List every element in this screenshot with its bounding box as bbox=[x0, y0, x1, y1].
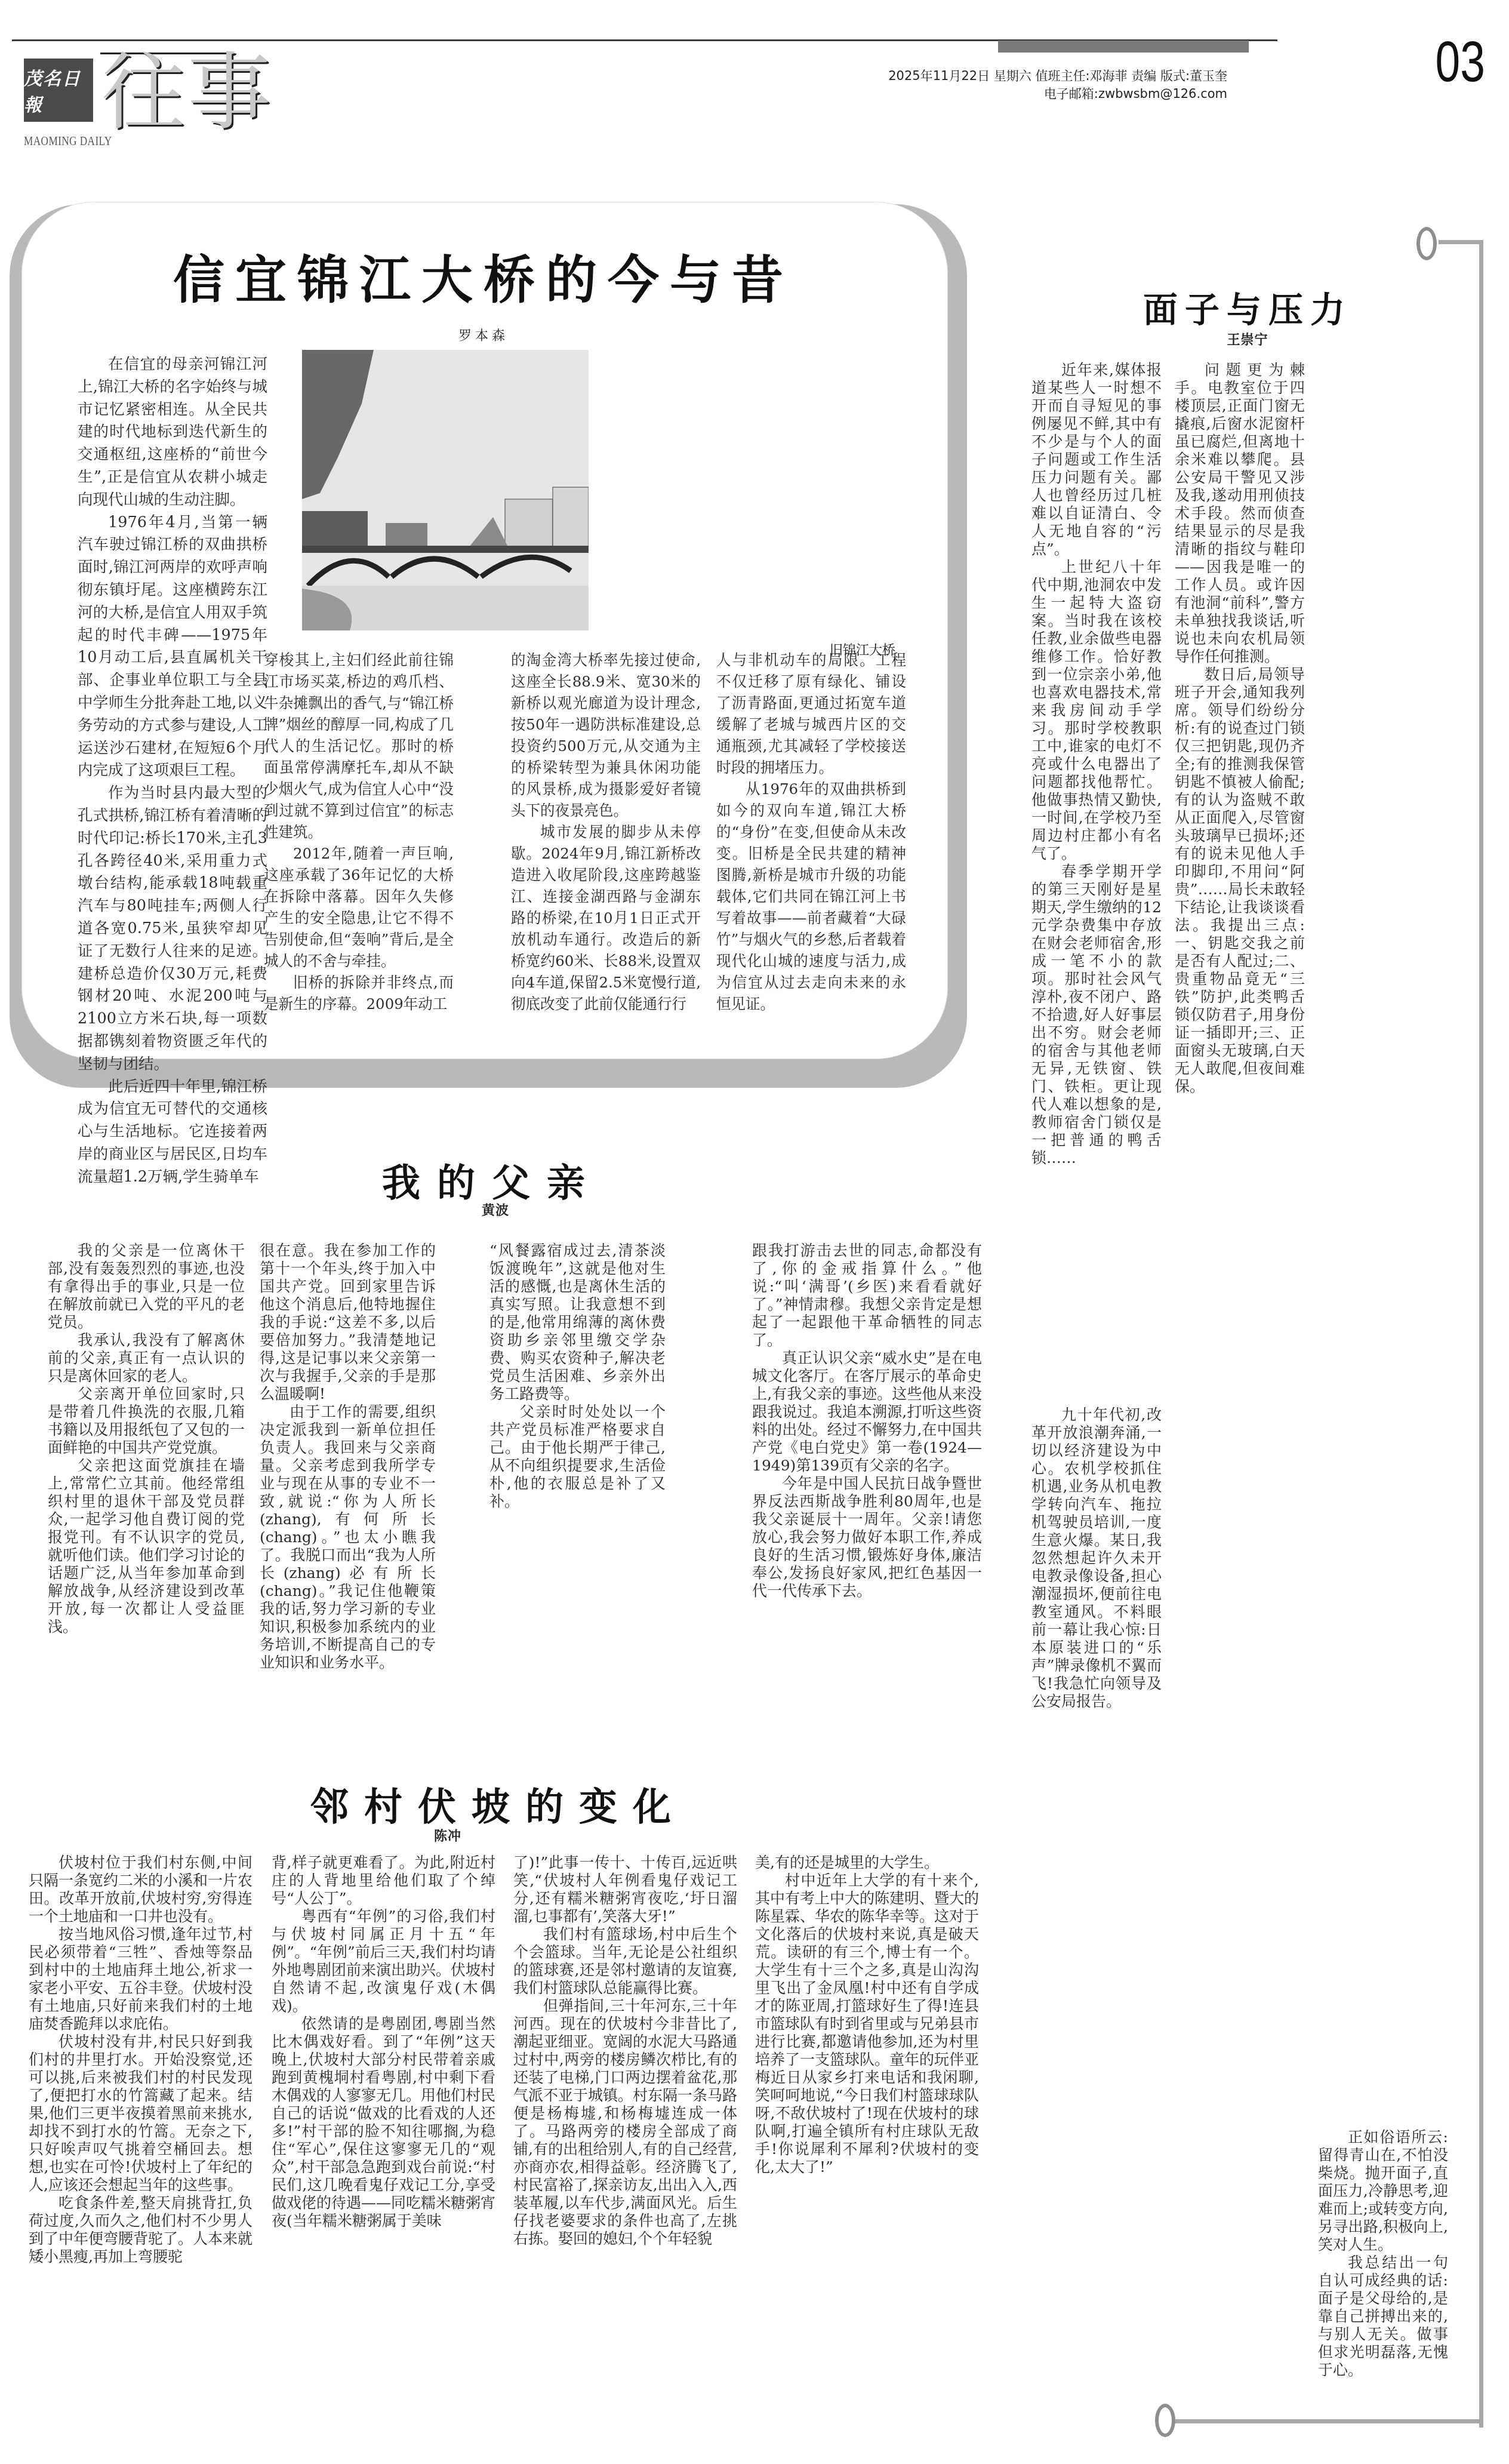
father-article-author: 黄波 bbox=[466, 1200, 525, 1219]
father-article-headline: 我的父亲 bbox=[382, 1152, 602, 1207]
father-column-4: 跟我打游击去世的同志,命都没有了,你的金戒指算什么。”他说:“叫‘满哥’(乡医)… bbox=[752, 1242, 982, 1600]
paragraph: 跟我打游击去世的同志,命都没有了,你的金戒指算什么。”他说:“叫‘满哥’(乡医)… bbox=[752, 1242, 982, 1349]
paragraph: 在信宜的母亲河锦江河上,锦江大桥的名字始终与城市记忆紧密相连。从全民共建的时代地… bbox=[78, 353, 267, 512]
paragraph: 今年是中国人民抗日战争暨世界反法西斯战争胜利80周年,也是我父亲诞辰十一周年。父… bbox=[752, 1475, 982, 1600]
paragraph: 1976年4月,当第一辆汽车驶过锦江桥的双曲拱桥面时,锦江河两岸的欢呼声响彻东镇… bbox=[78, 512, 267, 783]
right-article-author: 王崇宁 bbox=[1063, 330, 1433, 348]
right-frame-bottom-line bbox=[1175, 2419, 1483, 2423]
paragraph: 真正认识父亲“威水史”是在电城文化客厅。在客厅展示的革命史上,有我父亲的事迹。这… bbox=[752, 1349, 982, 1475]
paragraph: 背,样子就更难看了。为此,附近村庄的人背地里给他们取了个绰号“人公丁”。 bbox=[272, 1854, 495, 1908]
paragraph: 依然请的是粤剧团,粤剧当然比木偶戏好看。到了“年例”这天晚上,伏坡村大部分村民带… bbox=[272, 2015, 495, 2230]
paragraph: 旧桥的拆除并非终点,而是新生的序幕。2009年动工 bbox=[264, 972, 454, 1015]
paragraph: 正如俗语所云:留得青山在,不怕没柴烧。抛开面子,直面压力,冷静思考,迎难而上;或… bbox=[1318, 2128, 1448, 2254]
paragraph: 作为当时县内最大型的孔式拱桥,锦江桥有着清晰的时代印记:桥长170米,主孔3孔各… bbox=[78, 782, 267, 1075]
paragraph: 2012年,随着一声巨响,这座承载了36年记忆的大桥在拆除中落幕。因年久失修产生… bbox=[264, 843, 454, 972]
logo-text: 茂名日報 bbox=[24, 64, 93, 116]
paragraph: 美,有的还是城里的大学生。 bbox=[755, 1854, 979, 1872]
logo-english: MAOMING DAILY bbox=[24, 134, 112, 149]
section-title: 往事 bbox=[101, 51, 273, 135]
paragraph: 伏坡村没有井,村民只好到我们村的井里打水。开始没察觉,还可以挑,后来被我们村的村… bbox=[29, 2033, 252, 2194]
editor-email: 电子邮箱:zwbwsbm@126.com bbox=[888, 85, 1227, 103]
feature-column-3: 的淘金湾大桥率先接过使命,这座全长88.9米、宽30米的新桥以观光廊道为设计理念… bbox=[511, 650, 701, 1015]
newspaper-logo: 茂名日報 bbox=[24, 59, 93, 122]
paragraph: 春季学期开学的第三天刚好是星期天,学生缴纳的12元学杂费集中存放在财会老师宿舍,… bbox=[1031, 863, 1162, 1167]
father-column-2: 很在意。我在参加工作的第十一个年头,终于加入中国共产党。回到家里告诉他这个消息后… bbox=[260, 1242, 436, 1672]
paragraph: 上世纪八十年代中期,池洞农中发生一起特大盗窃案。当时我在该校任教,业余做些电器维… bbox=[1031, 558, 1162, 863]
feature-column-2: 穿梭其上,主妇们经此前往锦江市场买菜,桥边的鸡爪档、牛杂摊飘出的香气,与“锦江桥… bbox=[264, 650, 454, 1015]
paragraph: 了)!”此事一传十、十传百,远近哄笑,“伏坡村人年例看鬼仔戏记工分,还有糯米糖粥… bbox=[513, 1854, 737, 1925]
paragraph: 吃食条件差,整天肩挑背扛,负荷过度,久而久之,他们村不少男人到了中年便弯腰背驼了… bbox=[29, 2194, 252, 2266]
village-article-headline: 邻村伏坡的变化 bbox=[310, 1776, 686, 1831]
paragraph: 我们村有篮球场,村中后生个个会篮球。当年,无论是公社组织的篮球赛,还是邻村邀请的… bbox=[513, 1925, 737, 1997]
paragraph: 数日后,局领导班子开会,通知我列席。领导们纷纷分析:有的说查过门锁仅三把钥匙,现… bbox=[1175, 666, 1305, 1096]
paragraph: 按当地风俗习惯,逢年过节,村民必须带着“三牲”、香烛等祭品到村中的土地庙拜土地公… bbox=[29, 1925, 252, 2033]
right-frame-top-line bbox=[1439, 240, 1483, 244]
paragraph: 粤西有“年例”的习俗,我们村与伏坡村同属正月十五“年例”。“年例”前后三天,我们… bbox=[272, 1908, 495, 2015]
paragraph: 从1976年的双曲拱桥到如今的双向车道,锦江大桥的“身份”在变,但使命从未改变。… bbox=[716, 779, 906, 1015]
old-bridge-photo bbox=[302, 350, 589, 630]
paragraph: 穿梭其上,主妇们经此前往锦江市场买菜,桥边的鸡爪档、牛杂摊飘出的香气,与“锦江桥… bbox=[264, 650, 454, 843]
feature-column-4: 人与非机动车的局限。工程不仅迁移了原有绿化、铺设了沥青路面,更通过拓宽车道缓解了… bbox=[716, 650, 906, 1015]
village-column-3: 了)!”此事一传十、十传百,远近哄笑,“伏坡村人年例看鬼仔戏记工分,还有糯米糖粥… bbox=[513, 1854, 737, 2248]
paragraph: 我承认,我没有了解离休前的父亲,真正有一点认识的只是离休回家的老人。 bbox=[48, 1331, 245, 1385]
paragraph: 村中近年上大学的有十来个,其中有考上中大的陈建明、暨大的陈星霖、华农的陈华幸等。… bbox=[755, 1872, 979, 2176]
paragraph: 父亲离开单位回家时,只是带着几件换洗的衣服,几箱书籍以及用报纸包了又包的一面鲜艳… bbox=[48, 1385, 245, 1457]
paragraph: 此后近四十年里,锦江桥成为信宜无可替代的交通核心与生活地标。它连接着两岸的商业区… bbox=[78, 1076, 267, 1189]
paragraph: 伏坡村位于我们村东侧,中间只隔一条宽约二米的小溪和一片农田。改革开放前,伏坡村穷… bbox=[29, 1854, 252, 1925]
village-column-1: 伏坡村位于我们村东侧,中间只隔一条宽约二米的小溪和一片农田。改革开放前,伏坡村穷… bbox=[29, 1854, 252, 2266]
feature-author: 罗本森 bbox=[36, 325, 931, 344]
paragraph: 由于工作的需要,组织决定派我到一新单位担任负责人。我回来与父亲商量。父亲考虑到我… bbox=[260, 1403, 436, 1672]
ring-ornament-top bbox=[1416, 227, 1437, 260]
paragraph: “风餐露宿成过去,清茶淡饭渡晚年”,这就是他对生活的感慨,也是离休生活的真实写照… bbox=[489, 1242, 666, 1403]
village-column-4: 美,有的还是城里的大学生。 村中近年上大学的有十来个,其中有考上中大的陈建明、暨… bbox=[755, 1854, 979, 2176]
paragraph: 父亲把这面党旗挂在墙上,常常伫立其前。他经常组织村里的退休干部及党员群众,一起学… bbox=[48, 1457, 245, 1636]
feature-column-1: 在信宜的母亲河锦江河上,锦江大桥的名字始终与城市记忆紧密相连。从全民共建的时代地… bbox=[78, 353, 267, 1188]
paragraph: 城市发展的脚步从未停歇。2024年9月,锦江新桥改造进入收尾阶段,这座跨越鉴江、… bbox=[511, 822, 701, 1015]
paragraph: 我的父亲是一位离休干部,没有轰轰烈烈的事迹,也没有拿得出手的事业,只是一位在解放… bbox=[48, 1242, 245, 1331]
father-column-3: “风餐露宿成过去,清茶淡饭渡晚年”,这就是他对生活的感慨,也是离休生活的真实写照… bbox=[489, 1242, 666, 1511]
right-article-headline: 面子与压力 bbox=[1063, 282, 1433, 332]
paragraph: 我总结出一句自认可成经典的话:面子是父母给的,是靠自己拼搏出来的,与别人无关。做… bbox=[1318, 2254, 1448, 2379]
village-article-author: 陈冲 bbox=[418, 1826, 478, 1844]
right-frame-line bbox=[1479, 244, 1483, 2428]
right-article-column-2: 问题更为棘手。电教室位于四楼顶层,正面门窗无撬痕,后窗水泥窗杆虽已腐烂,但离地十… bbox=[1175, 361, 1305, 1096]
masthead-bar bbox=[998, 41, 1249, 53]
issue-date-editors: 2025年11月22日 星期六 值班主任:邓海菲 责编 版式:董玉奎 bbox=[888, 67, 1227, 85]
paragraph: 近年来,媒体报道某些人一时想不开而自寻短见的事例屡见不鲜,其中有不少是与个人的面… bbox=[1031, 361, 1162, 558]
feature-headline: 信宜锦江大桥的今与昔 bbox=[36, 239, 931, 313]
father-column-1: 我的父亲是一位离休干部,没有轰轰烈烈的事迹,也没有拿得出手的事业,只是一位在解放… bbox=[48, 1242, 245, 1636]
paragraph: 人与非机动车的局限。工程不仅迁移了原有绿化、铺设了沥青路面,更通过拓宽车道缓解了… bbox=[716, 650, 906, 779]
paragraph: 很在意。我在参加工作的第十一个年头,终于加入中国共产党。回到家里告诉他这个消息后… bbox=[260, 1242, 436, 1403]
bridge-illustration bbox=[302, 350, 589, 630]
paragraph: 父亲时时处处以一个共产党员标准严格要求自己。由于他长期严于律己,从不向组织提要求… bbox=[489, 1403, 666, 1511]
paragraph: 但弹指间,三十年河东,三十年河西。现在的伏坡村今非昔比了,潮起亚细亚。宽阔的水泥… bbox=[513, 1997, 737, 2248]
issue-meta: 2025年11月22日 星期六 值班主任:邓海菲 责编 版式:董玉奎 电子邮箱:… bbox=[888, 67, 1227, 103]
paragraph: 九十年代初,改革开放浪潮奔涌,一切以经济建设为中心。农机学校抓住机遇,业务从机电… bbox=[1031, 1406, 1162, 1711]
paragraph: 问题更为棘手。电教室位于四楼顶层,正面门窗无撬痕,后窗水泥窗杆虽已腐烂,但离地十… bbox=[1175, 361, 1305, 666]
page-number: 03 bbox=[1436, 33, 1485, 91]
paragraph: 的淘金湾大桥率先接过使命,这座全长88.9米、宽30米的新桥以观光廊道为设计理念… bbox=[511, 650, 701, 822]
ring-ornament-bottom bbox=[1155, 2404, 1175, 2437]
village-column-2: 背,样子就更难看了。为此,附近村庄的人背地里给他们取了个绰号“人公丁”。 粤西有… bbox=[272, 1854, 495, 2230]
right-article-column-3: 正如俗语所云:留得青山在,不怕没柴烧。抛开面子,直面压力,冷静思考,迎难而上;或… bbox=[1318, 361, 1448, 2379]
right-article-column-1: 近年来,媒体报道某些人一时想不开而自寻短见的事例屡见不鲜,其中有不少是与个人的面… bbox=[1031, 361, 1162, 1711]
